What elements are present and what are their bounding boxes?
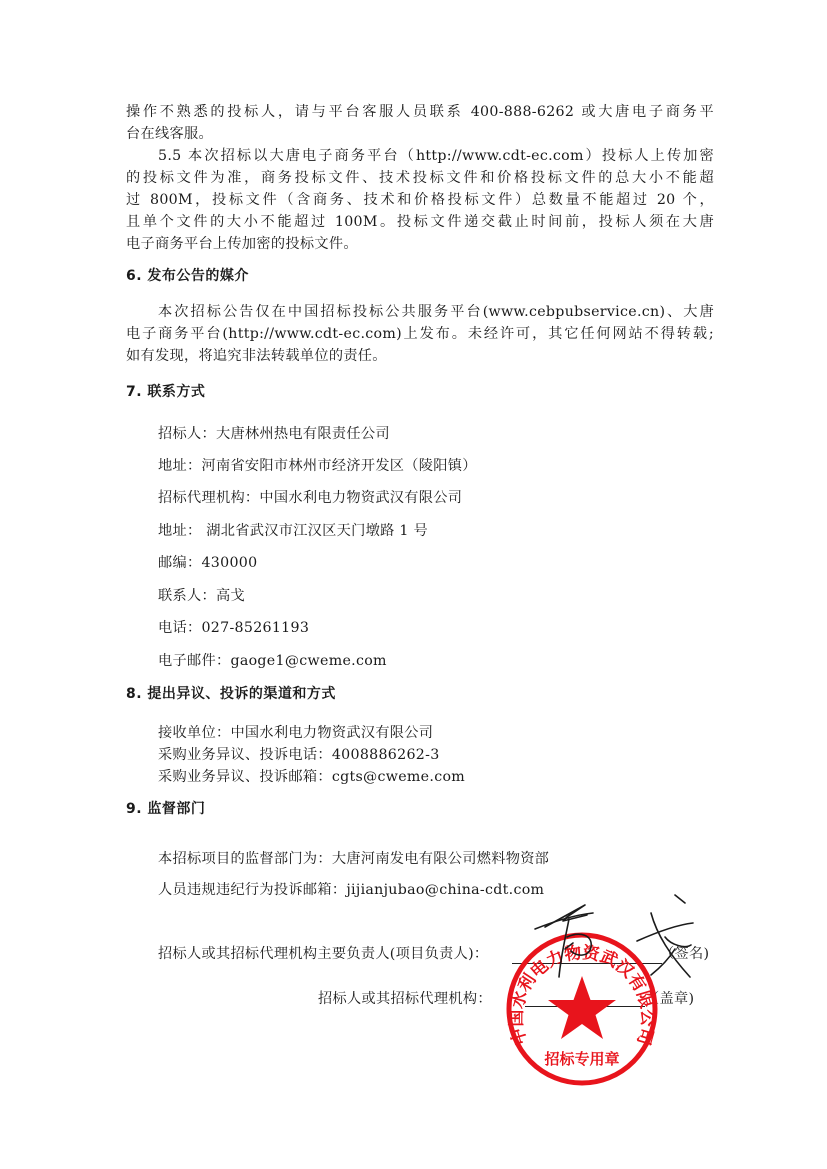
- paragraph-5-5-line: 的投标文件为准，商务投标文件、技术投标文件和价格投标文件的总大小不能超: [126, 169, 714, 187]
- contact-phone: 电话：027-85261193: [158, 619, 309, 637]
- contact-tenderer: 招标人：大唐林州热电有限责任公司: [158, 425, 390, 443]
- contact-person: 联系人：高戈: [158, 587, 245, 605]
- section-6-line: 如有发现，将追究非法转载单位的责任。: [126, 347, 387, 365]
- section-6-line: 电子商务平台(http://www.cdt-ec.com)上发布。未经许可，其它…: [126, 325, 714, 343]
- objection-phone: 采购业务异议、投诉电话：4008886262-3: [158, 746, 440, 764]
- document-page: 操作不熟悉的投标人，请与平台客服人员联系 400-888-6262 或大唐电子商…: [0, 0, 827, 1169]
- paragraph-5-5: 5.5 本次招标以大唐电子商务平台（http://www.cdt-ec.com）…: [158, 147, 714, 165]
- section-9-heading: 9. 监督部门: [126, 800, 205, 818]
- section5-cont-line: 台在线客服。: [126, 125, 213, 143]
- objection-email: 采购业务异议、投诉邮箱：cgts@cweme.com: [158, 768, 465, 786]
- contact-tenderer-address: 地址：河南省安阳市林州市经济开发区（陵阳镇）: [158, 457, 477, 475]
- contact-postcode: 邮编：430000: [158, 554, 257, 572]
- section5-cont-line: 操作不熟悉的投标人，请与平台客服人员联系 400-888-6262 或大唐电子商…: [126, 103, 714, 121]
- stamp-bottom-text: 招标专用章: [543, 1050, 619, 1068]
- contact-agency: 招标代理机构：中国水利电力物资武汉有限公司: [158, 489, 462, 507]
- responsible-person-label: 招标人或其招标代理机构主要负责人(项目负责人)：: [158, 945, 488, 963]
- handwritten-signature: [525, 885, 725, 990]
- section-8-heading: 8. 提出异议、投诉的渠道和方式: [126, 685, 336, 703]
- organization-label: 招标人或其招标代理机构：: [318, 990, 492, 1008]
- contact-email: 电子邮件：gaoge1@cweme.com: [158, 652, 387, 670]
- section-6-line: 本次招标公告仅在中国招标投标公共服务平台(www.cebpubservice.c…: [158, 303, 714, 321]
- supervision-dept: 本招标项目的监督部门为：大唐河南发电有限公司燃料物资部: [158, 850, 549, 868]
- paragraph-5-5-line: 且单个文件的大小不能超过 100M。投标文件递交截止时间前，投标人须在大唐: [126, 213, 714, 231]
- supervision-email: 人员违规违纪行为投诉邮箱：jijianjubao@china-cdt.com: [158, 881, 544, 899]
- contact-agency-address: 地址： 湖北省武汉市江汉区天门墩路 1 号: [158, 522, 428, 540]
- paragraph-5-5-line: 过 800M，投标文件（含商务、技术和价格投标文件）总数量不能超过 20 个，: [126, 191, 714, 209]
- section-6-heading: 6. 发布公告的媒介: [126, 267, 249, 285]
- section-7-heading: 7. 联系方式: [126, 383, 205, 401]
- paragraph-5-5-line: 电子商务平台上传加密的投标文件。: [126, 235, 358, 253]
- objection-receiver: 接收单位：中国水利电力物资武汉有限公司: [158, 724, 433, 742]
